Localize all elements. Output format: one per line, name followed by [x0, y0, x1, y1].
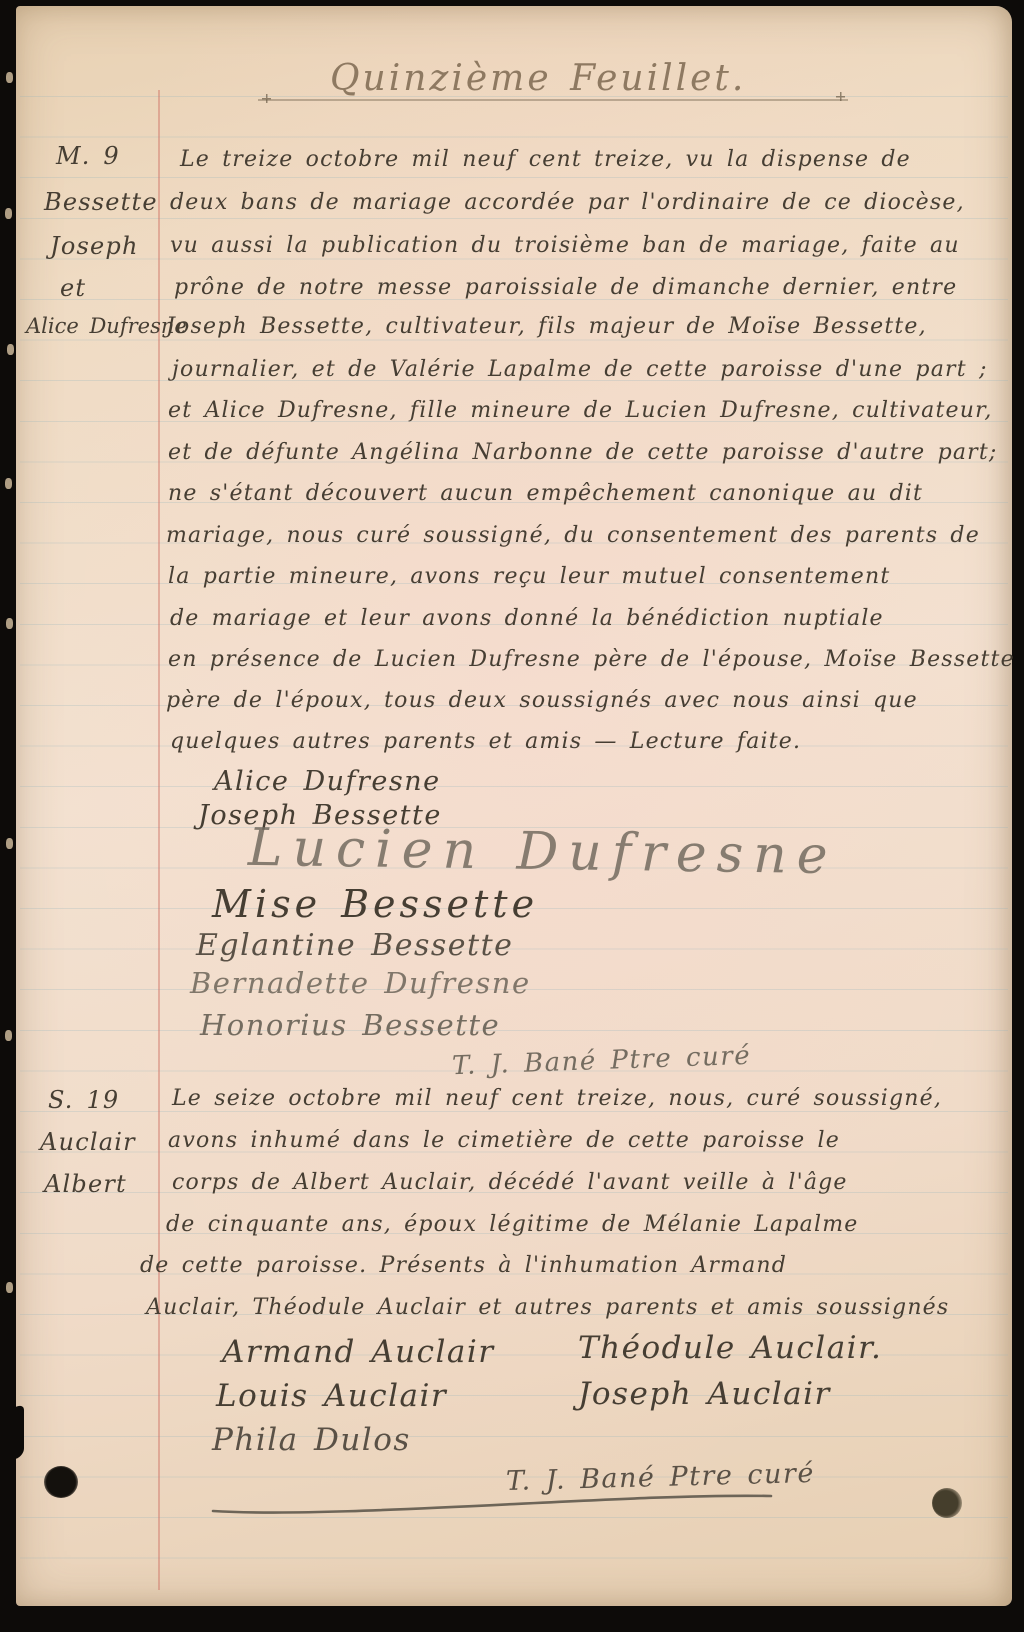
record2-line: Auclair, Théodule Auclair et autres pare…: [146, 1295, 949, 1320]
record2-line: de cinquante ans, époux légitime de Méla…: [166, 1212, 858, 1237]
margin-surname: Auclair: [40, 1128, 136, 1156]
stitch-mark: [6, 72, 13, 83]
stitch-mark: [6, 838, 13, 849]
record2-line: de cette paroisse. Présents à l'inhumati…: [140, 1253, 787, 1278]
record1-line: Le treize octobre mil neuf cent treize, …: [180, 147, 911, 172]
margin-bride-name: Alice Dufresne: [26, 314, 187, 338]
record1-line: ne s'étant découvert aucun empêchement c…: [168, 481, 923, 506]
record1-line: vu aussi la publication du troisième ban…: [170, 233, 960, 258]
record2-line: Le seize octobre mil neuf cent treize, n…: [172, 1086, 942, 1111]
stitch-mark: [5, 208, 12, 219]
margin-firstname: Albert: [44, 1170, 127, 1198]
record1-line: mariage, nous curé soussigné, du consent…: [166, 523, 980, 548]
margin-et: et: [60, 274, 86, 302]
page-title: Quinzième Feuillet.: [330, 58, 746, 99]
margin-firstname: Joseph: [50, 232, 139, 260]
register-page: Quinzième Feuillet. M. 9 Bessette Joseph…: [0, 0, 1024, 1632]
record-number: M. 9: [56, 142, 120, 170]
title-underline: [258, 99, 848, 101]
record2-line: avons inhumé dans le cimetière de cette …: [168, 1128, 840, 1153]
margin-surname: Bessette: [44, 188, 158, 216]
signature-eglantine-bessette: Eglantine Bessette: [196, 928, 513, 963]
record-number: S. 19: [48, 1086, 119, 1114]
stitch-mark: [5, 478, 12, 489]
punch-hole-left: [44, 1466, 78, 1498]
paper-tear: [13, 1404, 24, 1460]
record2-line: corps de Albert Auclair, décédé l'avant …: [172, 1170, 848, 1195]
record1-line: père de l'époux, tous deux soussignés av…: [166, 688, 918, 713]
record1-line: la partie mineure, avons reçu leur mutue…: [168, 564, 890, 589]
punch-hole-right: [932, 1488, 962, 1518]
signature-bernadette-dufresne: Bernadette Dufresne: [190, 966, 531, 1000]
signature-joseph-auclair: Joseph Auclair: [578, 1376, 831, 1412]
signature-lucien-dufresne: Lucien Dufresne: [248, 818, 838, 886]
record1-line: quelques autres parents et amis — Lectur…: [170, 729, 801, 754]
signature-alice-dufresne: Alice Dufresne: [214, 766, 441, 797]
record1-line: deux bans de mariage accordée par l'ordi…: [170, 190, 965, 215]
signature-theodule-auclair: Théodule Auclair.: [578, 1330, 882, 1366]
stitch-mark: [5, 1030, 12, 1041]
signature-armand-auclair: Armand Auclair: [222, 1334, 495, 1370]
signature-phila-dulos: Phila Dulos: [212, 1422, 411, 1458]
title-tick-right: [836, 92, 845, 101]
signature-honorius-bessette: Honorius Bessette: [200, 1008, 500, 1042]
stitch-mark: [7, 344, 14, 355]
title-tick-left: [262, 94, 271, 103]
record1-line: journalier, et de Valérie Lapalme de cet…: [172, 357, 988, 382]
record1-line: de mariage et leur avons donné la bénédi…: [170, 606, 884, 631]
record1-line: prône de notre messe paroissiale de dima…: [174, 275, 957, 300]
record1-line: en présence de Lucien Dufresne père de l…: [168, 647, 1015, 672]
record1-line: Joseph Bessette, cultivateur, fils majeu…: [166, 314, 927, 339]
signature-louis-auclair: Louis Auclair: [216, 1378, 447, 1414]
stitch-mark: [6, 1282, 13, 1293]
stitch-mark: [6, 618, 13, 629]
signature-moise-bessette: Mise Bessette: [212, 882, 538, 926]
record1-line: et de défunte Angélina Narbonne de cette…: [168, 440, 998, 465]
record1-line: et Alice Dufresne, fille mineure de Luci…: [168, 398, 993, 423]
